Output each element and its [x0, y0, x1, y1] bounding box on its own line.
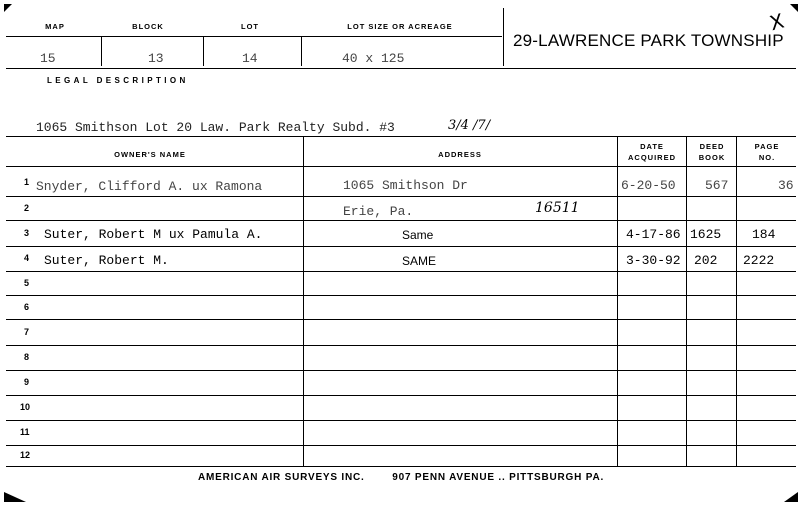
date-acquired-column-header: DATE ACQUIRED: [617, 141, 687, 163]
divider: [6, 395, 796, 396]
lot-label: LOT: [225, 22, 275, 31]
owner-column-header: OWNER'S NAME: [60, 149, 240, 160]
row-number: 3: [24, 228, 29, 238]
owner-name: Suter, Robert M ux Pamula A.: [44, 227, 262, 242]
card-corner-mark: [790, 4, 798, 12]
address: SAME: [402, 254, 436, 268]
address: 1065 Smithson Dr: [343, 178, 468, 193]
township-title: 29-LAWRENCE PARK TOWNSHIP: [513, 31, 784, 51]
date-acquired: 6-20-50: [621, 178, 676, 193]
row-number: 5: [24, 278, 29, 288]
divider: [503, 8, 504, 66]
divider: [6, 166, 796, 167]
divider: [6, 136, 796, 137]
deed-book-column-header: DEED BOOK: [687, 141, 737, 163]
lot-size-label: LOT SIZE OR ACREAGE: [305, 22, 495, 31]
divider: [6, 68, 796, 69]
row-number: 9: [24, 377, 29, 387]
card-footer: AMERICAN AIR SURVEYS INC. 907 PENN AVENU…: [0, 472, 802, 483]
row-number: 2: [24, 203, 29, 213]
deed-book: 567: [705, 178, 728, 193]
date-acquired: 3-30-92: [626, 253, 681, 268]
address-column-header: ADDRESS: [380, 149, 540, 160]
divider: [6, 246, 796, 247]
row-number: 8: [24, 352, 29, 362]
address: Erie, Pa.: [343, 204, 413, 219]
divider: [101, 36, 102, 66]
legal-description-text: 1065 Smithson Lot 20 Law. Park Realty Su…: [36, 120, 395, 135]
divider: [736, 136, 737, 466]
row-number: 12: [20, 450, 30, 460]
deed-book: 202: [694, 253, 717, 268]
block-label: BLOCK: [118, 22, 178, 31]
map-label: MAP: [30, 22, 80, 31]
owner-name: Snyder, Clifford A. ux Ramona: [36, 179, 262, 194]
row-number: 11: [20, 427, 30, 437]
page-no: 2222: [743, 253, 774, 268]
divider: [6, 345, 796, 346]
lot-size-value: 40 x 125: [342, 51, 404, 66]
divider: [617, 136, 618, 466]
row-number: 4: [24, 253, 29, 263]
property-record-card: MAP BLOCK LOT LOT SIZE OR ACREAGE 15 13 …: [0, 0, 802, 506]
divider: [6, 370, 796, 371]
address: Same: [402, 228, 433, 242]
divider: [303, 136, 304, 466]
page-no: 184: [752, 227, 775, 242]
divider: [6, 319, 796, 320]
handwritten-zip: 16511: [535, 200, 580, 216]
map-value: 15: [40, 51, 56, 66]
footer-company: AMERICAN AIR SURVEYS INC.: [198, 472, 365, 483]
page-no-column-header: PAGE NO.: [737, 141, 797, 163]
divider: [6, 271, 796, 272]
row-number: 6: [24, 302, 29, 312]
divider: [203, 36, 204, 66]
divider: [6, 196, 796, 197]
block-value: 13: [148, 51, 164, 66]
legal-description-label: LEGAL DESCRIPTION: [47, 76, 189, 85]
card-corner-mark: [4, 492, 26, 502]
card-corner-mark: [4, 4, 12, 12]
deed-book: 1625: [690, 227, 721, 242]
divider: [6, 445, 796, 446]
divider: [686, 136, 687, 466]
card-corner-mark: [784, 492, 798, 502]
divider: [6, 295, 796, 296]
owner-name: Suter, Robert M.: [44, 253, 169, 268]
footer-address: 907 PENN AVENUE .. PITTSBURGH PA.: [392, 472, 604, 483]
divider: [301, 36, 302, 66]
date-acquired: 4-17-86: [626, 227, 681, 242]
divider: [6, 36, 502, 37]
row-number: 1: [24, 177, 29, 187]
divider: [6, 466, 796, 467]
row-number: 10: [20, 402, 30, 412]
legal-handwritten-note: 3/4 /7/: [448, 118, 490, 133]
row-number: 7: [24, 327, 29, 337]
divider: [6, 420, 796, 421]
lot-value: 14: [242, 51, 258, 66]
page-no: 36: [778, 178, 794, 193]
divider: [6, 220, 796, 221]
